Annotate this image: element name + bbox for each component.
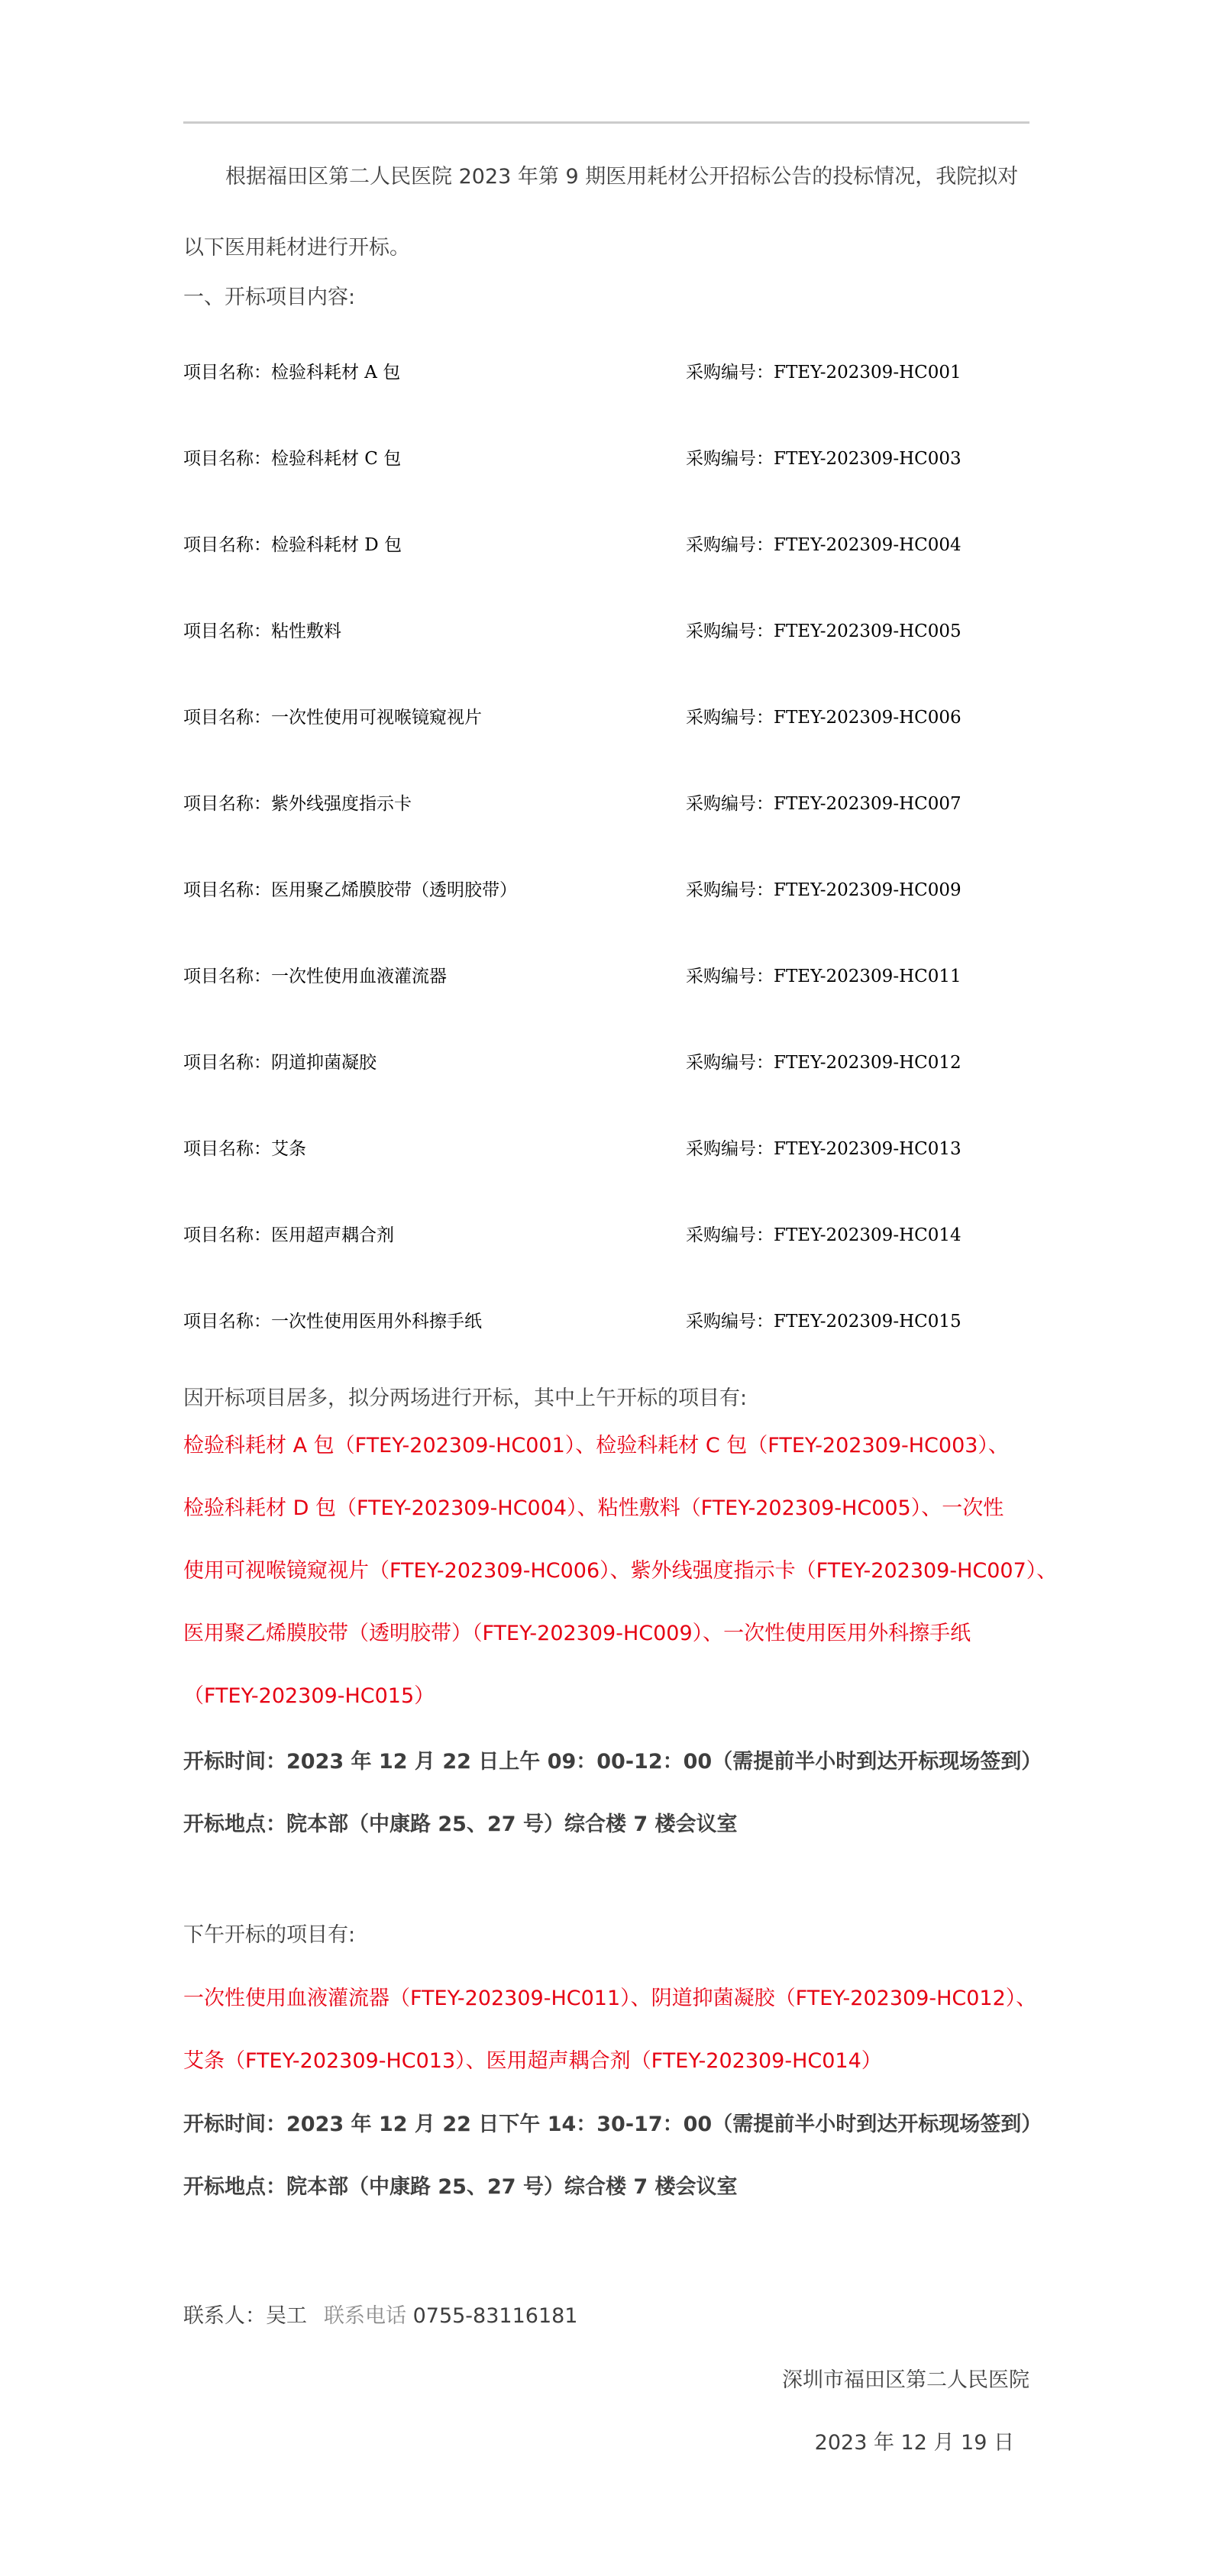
item-code: 采购编号：FTEY-202309-HC009 [686, 876, 962, 904]
item-code: 采购编号：FTEY-202309-HC012 [686, 1049, 962, 1077]
item-name: 项目名称：阴道抑菌凝胶 [183, 1049, 377, 1077]
item-name: 项目名称：一次性使用医用外科擦手纸 [183, 1308, 482, 1335]
intro-paragraph-line-1: 根据福田区第二人民医院 2023 年第 9 期医用耗材公开招标公告的投标情况，我… [225, 163, 1018, 191]
item-name: 项目名称：一次性使用血液灌流器 [183, 963, 447, 990]
intro-paragraph-line-2: 以下医用耗材进行开标。 [183, 234, 410, 262]
item-row: 项目名称：医用超声耦合剂 采购编号：FTEY-202309-HC014 [183, 1222, 1029, 1249]
afternoon-bid-location: 开标地点：院本部（中康路 25、27 号）综合楼 7 楼会议室 [183, 2174, 738, 2201]
afternoon-project-line: 艾条（FTEY-202309-HC013）、医用超声耦合剂（FTEY-20230… [183, 2048, 882, 2075]
announcement-document: 根据福田区第二人民医院 2023 年第 9 期医用耗材公开招标公告的投标情况，我… [183, 0, 1029, 2576]
item-name: 项目名称：检验科耗材 A 包 [183, 359, 400, 386]
morning-bid-location: 开标地点：院本部（中康路 25、27 号）综合楼 7 楼会议室 [183, 1811, 738, 1838]
afternoon-bid-time: 开标时间：2023 年 12 月 22 日下午 14：30-17：00（需提前半… [183, 2111, 1042, 2139]
item-code: 采购编号：FTEY-202309-HC004 [686, 531, 962, 559]
item-code: 采购编号：FTEY-202309-HC013 [686, 1135, 962, 1163]
item-code: 采购编号：FTEY-202309-HC001 [686, 359, 962, 386]
section-title: 一、开标项目内容: [183, 284, 355, 312]
item-name: 项目名称：医用超声耦合剂 [183, 1222, 394, 1249]
item-name: 项目名称：一次性使用可视喉镜窥视片 [183, 704, 482, 731]
item-row: 项目名称：检验科耗材 A 包 采购编号：FTEY-202309-HC001 [183, 359, 1029, 386]
morning-project-line: 检验科耗材 D 包（FTEY-202309-HC004）、粘性敷料（FTEY-2… [183, 1495, 1004, 1522]
afternoon-project-line: 一次性使用血液灌流器（FTEY-202309-HC011）、阴道抑菌凝胶（FTE… [183, 1985, 1036, 2013]
contact-person: 联系人：吴工 [183, 2304, 307, 2328]
afternoon-intro: 下午开标的项目有: [183, 1922, 355, 1949]
morning-bid-time: 开标时间：2023 年 12 月 22 日上午 09：00-12：00（需提前半… [183, 1748, 1042, 1776]
item-row: 项目名称：检验科耗材 C 包 采购编号：FTEY-202309-HC003 [183, 445, 1029, 473]
item-code: 采购编号：FTEY-202309-HC015 [686, 1308, 962, 1335]
top-divider [183, 121, 1029, 124]
signature-organization: 深圳市福田区第二人民医院 [782, 2367, 1029, 2394]
contact-phone-label: 联系电话 [324, 2304, 406, 2328]
item-code: 采购编号：FTEY-202309-HC005 [686, 618, 962, 645]
item-code: 采购编号：FTEY-202309-HC006 [686, 704, 962, 731]
item-code: 采购编号：FTEY-202309-HC014 [686, 1222, 962, 1249]
morning-project-line: 使用可视喉镜窥视片（FTEY-202309-HC006）、紫外线强度指示卡（FT… [183, 1558, 1057, 1585]
item-row: 项目名称：艾条 采购编号：FTEY-202309-HC013 [183, 1135, 1029, 1163]
item-name: 项目名称：紫外线强度指示卡 [183, 790, 412, 818]
morning-project-line: 医用聚乙烯膜胶带（透明胶带）（FTEY-202309-HC009）、一次性使用医… [183, 1620, 971, 1648]
item-name: 项目名称：粘性敷料 [183, 618, 341, 645]
contact-line: 联系人：吴工联系电话 0755-83116181 [183, 2303, 577, 2330]
item-row: 项目名称：紫外线强度指示卡 采购编号：FTEY-202309-HC007 [183, 790, 1029, 818]
item-name: 项目名称：检验科耗材 C 包 [183, 445, 401, 473]
item-row: 项目名称：一次性使用血液灌流器 采购编号：FTEY-202309-HC011 [183, 963, 1029, 990]
item-name: 项目名称：检验科耗材 D 包 [183, 531, 402, 559]
item-name: 项目名称：医用聚乙烯膜胶带（透明胶带） [183, 876, 517, 904]
item-row: 项目名称：一次性使用可视喉镜窥视片 采购编号：FTEY-202309-HC006 [183, 704, 1029, 731]
item-row: 项目名称：阴道抑菌凝胶 采购编号：FTEY-202309-HC012 [183, 1049, 1029, 1077]
item-row: 项目名称：医用聚乙烯膜胶带（透明胶带） 采购编号：FTEY-202309-HC0… [183, 876, 1029, 904]
morning-intro: 因开标项目居多，拟分两场进行开标，其中上午开标的项目有: [183, 1385, 747, 1412]
signature-date: 2023 年 12 月 19 日 [815, 2429, 1014, 2457]
item-row: 项目名称：粘性敷料 采购编号：FTEY-202309-HC005 [183, 618, 1029, 645]
item-code: 采购编号：FTEY-202309-HC007 [686, 790, 962, 818]
item-row: 项目名称：检验科耗材 D 包 采购编号：FTEY-202309-HC004 [183, 531, 1029, 559]
contact-phone: 0755-83116181 [413, 2304, 578, 2328]
morning-project-line: 检验科耗材 A 包（FTEY-202309-HC001）、检验科耗材 C 包（F… [183, 1432, 1009, 1460]
item-code: 采购编号：FTEY-202309-HC011 [686, 963, 962, 990]
morning-project-line: （FTEY-202309-HC015） [183, 1683, 435, 1710]
item-code: 采购编号：FTEY-202309-HC003 [686, 445, 962, 473]
item-row: 项目名称：一次性使用医用外科擦手纸 采购编号：FTEY-202309-HC015 [183, 1308, 1029, 1335]
item-name: 项目名称：艾条 [183, 1135, 306, 1163]
